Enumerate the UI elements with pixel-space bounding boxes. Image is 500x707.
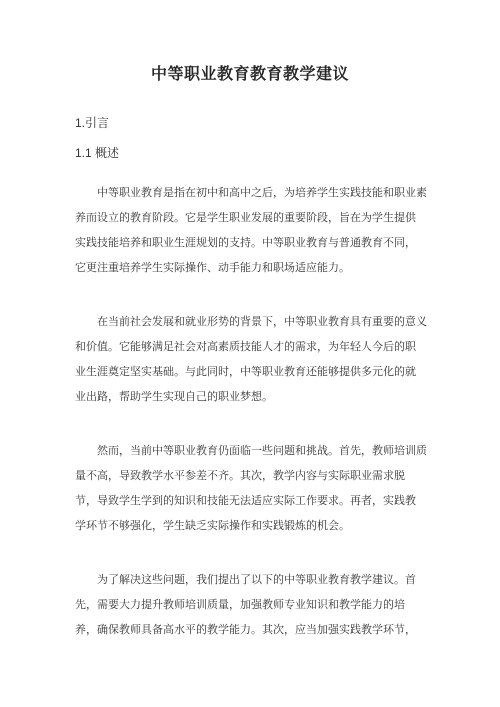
paragraph: 中等职业教育是指在初中和高中之后，为培养学生实践技能和职业素 养而设立的教育阶段… [75,181,425,281]
paragraph-line: 在当前社会发展和就业形势的背景下，中等职业教育具有重要的意义 [75,310,425,335]
paragraph-line: 养，确保教师具备高水平的教学能力。其次，应当加强实践教学环节， [75,618,425,643]
paragraph-line: 先，需要大力提升教师培训质量，加强教师专业知识和教学能力的培 [75,593,425,618]
paragraph-line: 学环节不够强化，学生缺乏实际操作和实践锻炼的机会。 [75,514,425,539]
paragraph-line: 和价值。它能够满足社会对高素质技能人才的需求，为年轻人今后的职 [75,335,425,360]
paragraph: 然而，当前中等职业教育仍面临一些问题和挑战。首先，教师培训质 量不高，导致教学水… [75,439,425,539]
paragraph-line: 它更注重培养学生实际操作、动手能力和职场适应能力。 [75,256,425,281]
paragraph-line: 节，导致学生学到的知识和技能无法适应实际工作要求。再者，实践教 [75,489,425,514]
paragraph-line: 实践技能培养和职业生涯规划的支持。中等职业教育与普通教育不同， [75,231,425,256]
document-title: 中等职业教育教育教学建议 [75,63,425,87]
paragraph-line: 业生涯奠定坚实基础。与此同时，中等职业教育还能够提供多元化的就 [75,360,425,385]
paragraph: 在当前社会发展和就业形势的背景下，中等职业教育具有重要的意义 和价值。它能够满足… [75,310,425,410]
section-heading-introduction: 1.引言 [75,111,425,136]
document-page: 中等职业教育教育教学建议 1.引言 1.1 概述 中等职业教育是指在初中和高中之… [0,0,500,707]
paragraph-line: 量不高，导致教学水平参差不齐。其次，教学内容与实际职业需求脱 [75,464,425,489]
paragraph-line: 养而设立的教育阶段。它是学生职业发展的重要阶段，旨在为学生提供 [75,206,425,231]
section-heading-overview: 1.1 概述 [75,141,425,166]
paragraph-line: 为了解决这些问题，我们提出了以下的中等职业教育教学建议。首 [75,568,425,593]
paragraph-line: 业出路，帮助学生实现自己的职业梦想。 [75,385,425,410]
paragraph: 为了解决这些问题，我们提出了以下的中等职业教育教学建议。首 先，需要大力提升教师… [75,568,425,643]
paragraph-line: 中等职业教育是指在初中和高中之后，为培养学生实践技能和职业素 [75,181,425,206]
document-body: 1.引言 1.1 概述 中等职业教育是指在初中和高中之后，为培养学生实践技能和职… [75,111,425,643]
paragraph-line: 然而，当前中等职业教育仍面临一些问题和挑战。首先，教师培训质 [75,439,425,464]
